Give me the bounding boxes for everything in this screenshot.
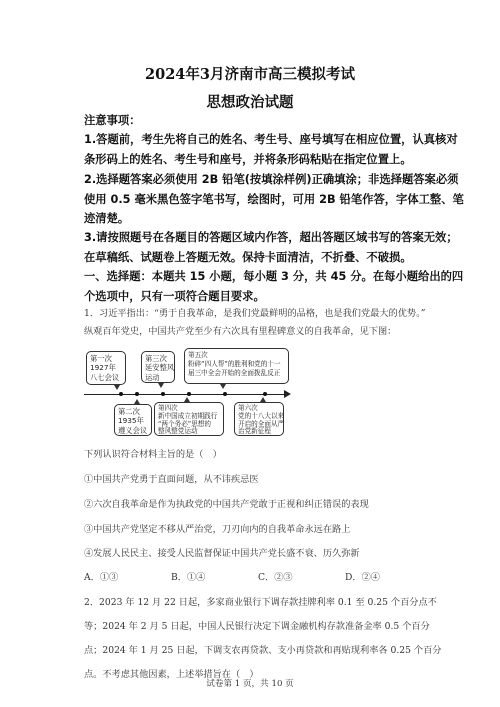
notice-line: 2.选择题答案必须使用 2B 铅笔(按填涂样例)正确填涂；非选择题答案必须 xyxy=(84,171,458,187)
box-label: 第五次 xyxy=(188,351,285,360)
question-1-stem: 1．习近平指出：“勇于自我革命，是我们党最鲜明的品格，也是我们党最大的优势。” xyxy=(84,305,425,319)
option-key: B． xyxy=(171,572,187,583)
question-2-stem: 2．2023 年 12 月 22 日起，多家商业银行下调存款挂牌利率 0.1 至… xyxy=(84,594,437,608)
option-c[interactable]: C．②③ xyxy=(258,569,293,583)
box-text: 整风整党运动 xyxy=(158,428,220,436)
option-d[interactable]: D．②④ xyxy=(345,569,380,583)
page-footer: 试卷第 1 页，共 10 页 xyxy=(0,677,500,689)
exam-subject: 思想政治试题 xyxy=(0,91,500,112)
timeline-box-2: 第二次 1935年 遵义会议 xyxy=(114,404,152,436)
exam-page: 2024年3月济南市高三模拟考试 思想政治试题 注意事项： 1.答题前，考生先将… xyxy=(0,0,500,707)
box-text: 运动 xyxy=(145,373,171,382)
box-label: 第二次 xyxy=(118,407,148,416)
option-key: C． xyxy=(258,572,274,583)
option-a[interactable]: A．①③ xyxy=(84,569,118,583)
section-heading: 一、选择题：本题共 15 小题，每小题 3 分，共 45 分。在每小题给出的四 xyxy=(84,268,463,284)
statement-1: ①中国共产党勇于直面问题，从不讳疾忌医 xyxy=(84,471,259,485)
notice-heading: 注意事项： xyxy=(84,112,141,128)
callout-tail xyxy=(220,384,226,389)
timeline-point xyxy=(161,392,165,396)
option-value: ①④ xyxy=(187,572,205,583)
callout-tail xyxy=(158,383,164,388)
box-text: 治党新征程 xyxy=(238,428,280,436)
box-text: 八七会议 xyxy=(90,373,122,382)
timeline-axis xyxy=(84,394,286,395)
timeline-point xyxy=(263,392,267,396)
box-text: 遵义会议 xyxy=(118,426,148,435)
callout-tail xyxy=(260,397,266,402)
option-b[interactable]: B．①④ xyxy=(171,569,205,583)
exam-title: 2024年3月济南市高三模拟考试 xyxy=(0,63,500,84)
timeline-point xyxy=(135,392,139,396)
notice-line: 使用 0.5 毫米黑色签字笔书写，绘图时，可用 2B 铅笔作答，字体工整、笔 xyxy=(84,191,464,207)
box-text: 1935年 xyxy=(118,416,148,425)
timeline-box-6: 第六次 党的十八大以来 开启的全面从严 治党新征程 xyxy=(234,402,284,436)
statement-4: ④发展人民民主、接受人民监督保证中国共产党长盛不衰、历久弥新 xyxy=(84,545,360,559)
option-value: ②③ xyxy=(274,572,292,583)
option-value: ②④ xyxy=(362,572,380,583)
statement-3: ③中国共产党坚定不移从严治党，刀刃向内的自我革命永远在路上 xyxy=(84,521,350,535)
box-label: 第一次 xyxy=(90,354,122,363)
question-2-stem: 等；2024 年 2 月 5 日起，中国人民银行决定下调金融机构存款准备金率 0… xyxy=(84,618,430,632)
option-value: ①③ xyxy=(100,572,118,583)
timeline-arrow-icon xyxy=(284,390,291,398)
notice-line: 3.请按照题号在各题目的答题区域内作答，超出答题区域书写的答案无效； xyxy=(84,229,458,245)
timeline-box-3: 第三次 延安整风 运动 xyxy=(141,351,175,383)
box-label: 第三次 xyxy=(145,354,171,363)
self-revolution-timeline: 第一次 1927年 八七会议 第二次 1935年 遵义会议 第三次 延安整风 运… xyxy=(84,348,294,436)
box-text: 粉碎“四人帮”的胜利和党的十一 xyxy=(188,360,285,369)
option-key: D． xyxy=(345,572,362,583)
statement-2: ②六次自我革命是作为执政党的中国共产党敢于正视和纠正错误的表现 xyxy=(84,496,369,510)
notice-line: 迹清楚。 xyxy=(84,210,129,226)
box-text: 延安整风 xyxy=(145,363,171,372)
notice-line: 在草稿纸、试题卷上答题无效。保持卡面清洁，不折叠、不破损。 xyxy=(84,249,412,265)
section-heading: 个选项中，只有一项符合题目要求。 xyxy=(84,288,265,304)
box-text: 1927年 xyxy=(90,363,122,372)
timeline-box-1: 第一次 1927年 八七会议 xyxy=(86,351,126,385)
question-2-stem: 点；2024 年 1 月 25 日起，下调支农再贷款、支小再贷款和再贴现利率各 … xyxy=(84,642,441,656)
timeline-point xyxy=(187,392,191,396)
timeline-point xyxy=(119,392,123,396)
timeline-box-5: 第五次 粉碎“四人帮”的胜利和党的十一 届三中全会开始的全面拨乱反正 xyxy=(184,348,289,384)
timeline-point xyxy=(223,392,227,396)
box-text: 届三中全会开始的全面拨乱反正 xyxy=(188,369,285,378)
callout-tail xyxy=(114,385,120,390)
question-1-prompt: 下列认识符合材料主旨的是（ ） xyxy=(84,446,222,460)
callout-tail xyxy=(184,397,190,402)
notice-line: 条形码上的姓名、考生号和座号，并将条形码粘贴在指定位置上。 xyxy=(84,151,412,167)
option-key: A． xyxy=(84,572,100,583)
question-1-stem: 纵观百年党史，中国共产党至少有六次具有里程碑意义的自我革命，见下图： xyxy=(84,323,396,337)
callout-tail xyxy=(134,399,140,404)
timeline-box-4: 第四次 新中国成立初期践行 “两个务必”思想的 整风整党运动 xyxy=(154,402,224,436)
notice-line: 1.答题前，考生先将自己的姓名、考生号、座号填写在相应位置，认真核对 xyxy=(84,131,458,147)
